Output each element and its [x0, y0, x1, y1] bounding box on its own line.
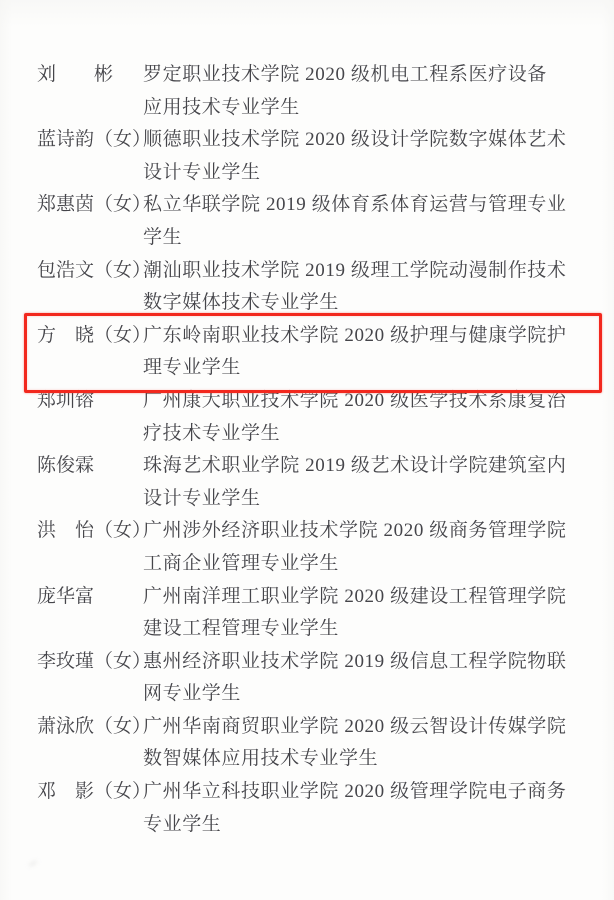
student-name: 方 晓（女）: [37, 320, 143, 353]
list-item: 邓 影（女） 广州华立科技职业学院 2020 级管理学院电子商务 专业学生: [0, 776, 614, 841]
affiliation-line-2: 设计专业学生: [143, 157, 614, 190]
student-affiliation: 广州华南商贸职业学院 2020 级云智设计传媒学院 数智媒体应用技术专业学生: [143, 711, 614, 776]
student-name: 包浩文（女）: [37, 255, 143, 288]
affiliation-line-2: 应用技术专业学生: [143, 92, 614, 125]
affiliation-line-1: 广州涉外经济职业技术学院 2020 级商务管理学院: [143, 515, 614, 548]
list-item: 刘 彬 罗定职业技术学院 2020 级机电工程系医疗设备 应用技术专业学生: [0, 59, 614, 124]
affiliation-line-1: 广州华南商贸职业学院 2020 级云智设计传媒学院: [143, 711, 614, 744]
student-affiliation: 惠州经济职业技术学院 2019 级信息工程学院物联 网专业学生: [143, 646, 614, 711]
student-name: 邓 影（女）: [37, 776, 143, 809]
student-affiliation: 广州涉外经济职业技术学院 2020 级商务管理学院 工商企业管理专业学生: [143, 515, 614, 580]
affiliation-line-1: 广州康大职业技术学院 2020 级医学技术系康复治: [143, 385, 614, 418]
student-name: 郑圳镕: [37, 385, 143, 418]
affiliation-line-1: 罗定职业技术学院 2020 级机电工程系医疗设备: [143, 59, 614, 92]
student-name: 庞华富: [37, 581, 143, 614]
list-item: 郑圳镕 广州康大职业技术学院 2020 级医学技术系康复治 疗技术专业学生: [0, 385, 614, 450]
student-affiliation: 广州华立科技职业学院 2020 级管理学院电子商务 专业学生: [143, 776, 614, 841]
affiliation-line-2: 学生: [143, 222, 614, 255]
student-affiliation: 珠海艺术职业学院 2019 级艺术设计学院建筑室内 设计专业学生: [143, 450, 614, 515]
affiliation-line-1: 广东岭南职业技术学院 2020 级护理与健康学院护: [143, 320, 614, 353]
list-item: 郑惠茵（女） 私立华联学院 2019 级体育系体育运营与管理专业 学生: [0, 189, 614, 254]
student-affiliation: 私立华联学院 2019 级体育系体育运营与管理专业 学生: [143, 189, 614, 254]
affiliation-line-2: 工商企业管理专业学生: [143, 548, 614, 581]
affiliation-line-2: 数智媒体应用技术专业学生: [143, 743, 614, 776]
list-item: 包浩文（女） 潮汕职业技术学院 2019 级理工学院动漫制作技术 数字媒体技术专…: [0, 255, 614, 320]
student-affiliation: 广州南洋理工职业学院 2020 级建设工程管理学院 建设工程管理专业学生: [143, 581, 614, 646]
list-item: 庞华富 广州南洋理工职业学院 2020 级建设工程管理学院 建设工程管理专业学生: [0, 581, 614, 646]
student-list: 刘 彬 罗定职业技术学院 2020 级机电工程系医疗设备 应用技术专业学生 蓝诗…: [0, 59, 614, 841]
affiliation-line-1: 珠海艺术职业学院 2019 级艺术设计学院建筑室内: [143, 450, 614, 483]
student-affiliation: 潮汕职业技术学院 2019 级理工学院动漫制作技术 数字媒体技术专业学生: [143, 255, 614, 320]
student-affiliation: 广州康大职业技术学院 2020 级医学技术系康复治 疗技术专业学生: [143, 385, 614, 450]
student-name: 蓝诗韵（女）: [37, 124, 143, 157]
affiliation-line-2: 设计专业学生: [143, 483, 614, 516]
list-item: 蓝诗韵（女） 顺德职业技术学院 2020 级设计学院数字媒体艺术 设计专业学生: [0, 124, 614, 189]
list-item: 李玫瑾（女） 惠州经济职业技术学院 2019 级信息工程学院物联 网专业学生: [0, 646, 614, 711]
affiliation-line-2: 网专业学生: [143, 678, 614, 711]
affiliation-line-2: 数字媒体技术专业学生: [143, 287, 614, 320]
list-item: 萧泳欣（女） 广州华南商贸职业学院 2020 级云智设计传媒学院 数智媒体应用技…: [0, 711, 614, 776]
document-page: 刘 彬 罗定职业技术学院 2020 级机电工程系医疗设备 应用技术专业学生 蓝诗…: [0, 0, 614, 900]
student-affiliation: 罗定职业技术学院 2020 级机电工程系医疗设备 应用技术专业学生: [143, 59, 614, 124]
affiliation-line-2: 建设工程管理专业学生: [143, 613, 614, 646]
affiliation-line-1: 广州华立科技职业学院 2020 级管理学院电子商务: [143, 776, 614, 809]
list-item: 陈俊霖 珠海艺术职业学院 2019 级艺术设计学院建筑室内 设计专业学生: [0, 450, 614, 515]
student-name: 萧泳欣（女）: [37, 711, 143, 744]
student-affiliation: 顺德职业技术学院 2020 级设计学院数字媒体艺术 设计专业学生: [143, 124, 614, 189]
list-item-highlighted: 方 晓（女） 广东岭南职业技术学院 2020 级护理与健康学院护 理专业学生: [0, 320, 614, 385]
affiliation-line-2: 疗技术专业学生: [143, 418, 614, 451]
affiliation-line-2: 专业学生: [143, 809, 614, 842]
student-name: 陈俊霖: [37, 450, 143, 483]
student-name: 李玫瑾（女）: [37, 646, 143, 679]
affiliation-line-1: 私立华联学院 2019 级体育系体育运营与管理专业: [143, 189, 614, 222]
student-name: 刘 彬: [37, 59, 143, 92]
affiliation-line-1: 顺德职业技术学院 2020 级设计学院数字媒体艺术: [143, 124, 614, 157]
affiliation-line-2: 理专业学生: [143, 352, 614, 385]
student-name: 郑惠茵（女）: [37, 189, 143, 222]
scan-smudge: [28, 860, 38, 868]
student-name: 洪 怡（女）: [37, 515, 143, 548]
affiliation-line-1: 惠州经济职业技术学院 2019 级信息工程学院物联: [143, 646, 614, 679]
affiliation-line-1: 潮汕职业技术学院 2019 级理工学院动漫制作技术: [143, 255, 614, 288]
affiliation-line-1: 广州南洋理工职业学院 2020 级建设工程管理学院: [143, 581, 614, 614]
student-affiliation: 广东岭南职业技术学院 2020 级护理与健康学院护 理专业学生: [143, 320, 614, 385]
list-item: 洪 怡（女） 广州涉外经济职业技术学院 2020 级商务管理学院 工商企业管理专…: [0, 515, 614, 580]
